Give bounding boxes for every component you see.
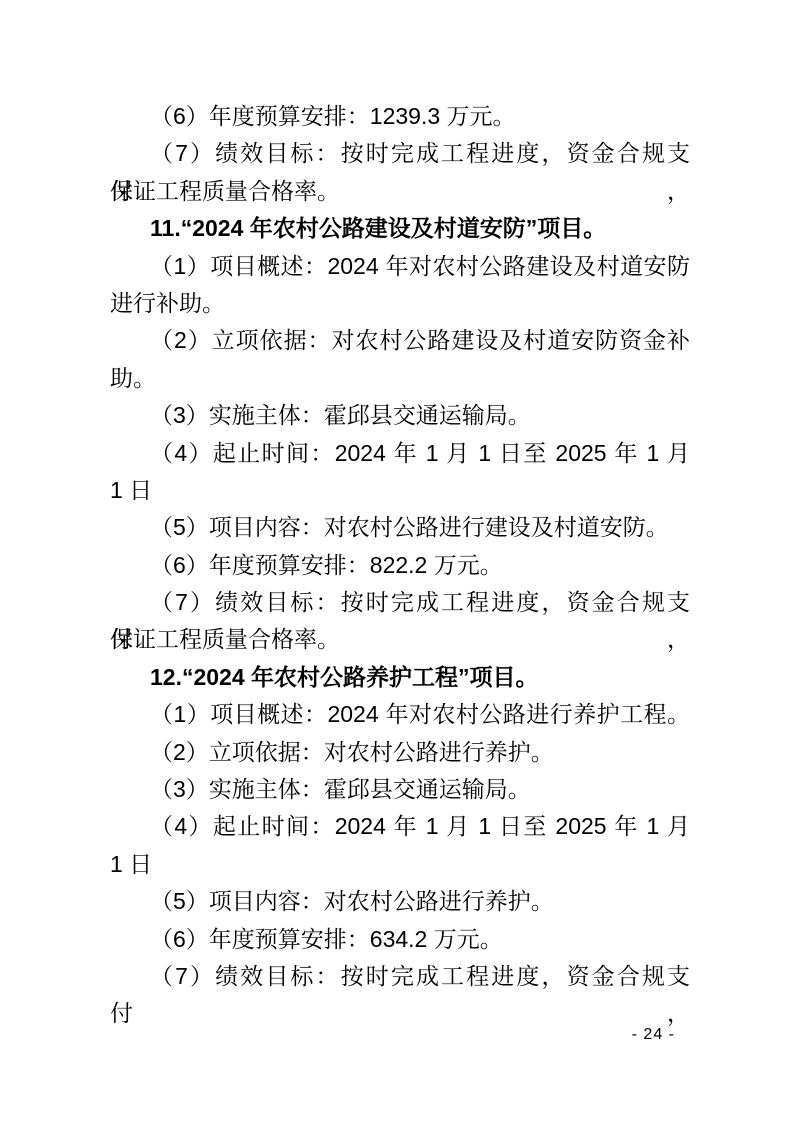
text-line: 1 日	[110, 472, 690, 509]
text-line: （6）年度预算安排：1239.3 万元。	[110, 98, 690, 135]
text-line: 11.“2024 年农村公路建设及村道安防”项目。	[110, 210, 690, 247]
text-line: （3）实施主体：霍邱县交通运输局。	[110, 771, 690, 808]
document-page: （6）年度预算安排：1239.3 万元。（7）绩效目标：按时完成工程进度，资金合…	[0, 0, 793, 1122]
text-line: 1 日	[110, 846, 690, 883]
text-line: （2）立项依据：对农村公路建设及村道安防资金补	[110, 322, 690, 359]
text-line: （6）年度预算安排：634.2 万元。	[110, 921, 690, 958]
page-number: - 24 -	[632, 1025, 675, 1045]
text-line: （6）年度预算安排：822.2 万元。	[110, 547, 690, 584]
text-line: （4）起止时间：2024 年 1 月 1 日至 2025 年 1 月	[110, 808, 690, 845]
text-line: 助。	[110, 360, 690, 397]
text-line: （2）立项依据：对农村公路进行养护。	[110, 734, 690, 771]
text-line: （5）项目内容：对农村公路进行建设及村道安防。	[110, 509, 690, 546]
text-line: （7）绩效目标：按时完成工程进度，资金合规支付，	[110, 958, 690, 995]
text-line: 12.“2024 年农村公路养护工程”项目。	[110, 659, 690, 696]
text-line: （3）实施主体：霍邱县交通运输局。	[110, 397, 690, 434]
text-line: （1）项目概述：2024 年对农村公路进行养护工程。	[110, 696, 690, 733]
text-line: （4）起止时间：2024 年 1 月 1 日至 2025 年 1 月	[110, 435, 690, 472]
text-line: 进行补助。	[110, 285, 690, 322]
text-line: （5）项目内容：对农村公路进行养护。	[110, 883, 690, 920]
document-body: （6）年度预算安排：1239.3 万元。（7）绩效目标：按时完成工程进度，资金合…	[110, 98, 690, 995]
text-line: （1）项目概述：2024 年对农村公路建设及村道安防	[110, 248, 690, 285]
text-line: （7）绩效目标：按时完成工程进度，资金合规支付，	[110, 135, 690, 172]
text-line: （7）绩效目标：按时完成工程进度，资金合规支付，	[110, 584, 690, 621]
